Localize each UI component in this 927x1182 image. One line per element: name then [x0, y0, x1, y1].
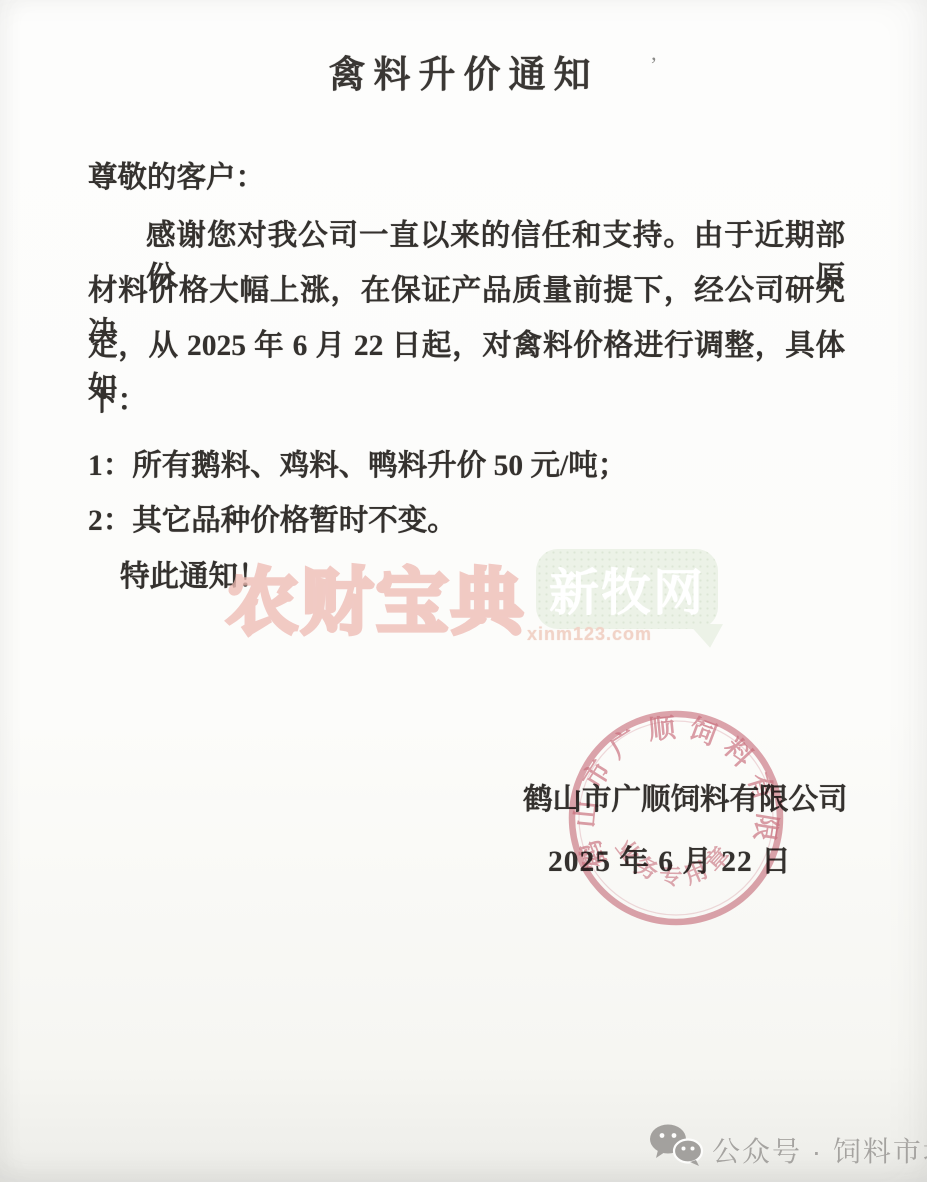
list-item-2: 2：其它品种价格暂时不变。	[88, 497, 457, 539]
wechat-icon	[648, 1122, 704, 1166]
watermark-url: xinm123.com	[527, 624, 652, 645]
watermark-xinmu-logo: 新牧网	[536, 549, 718, 629]
page-title: 禽料升价通知	[0, 44, 927, 98]
watermark-nongcai-baodian: 农财宝典	[226, 544, 526, 648]
watermark-xinmu-text: 新牧网	[549, 553, 705, 625]
footer-public-account-label: 公众号 · 饲料市场	[712, 1130, 927, 1170]
scan-speck: ’	[650, 52, 657, 78]
salutation: 尊敬的客户：	[88, 154, 265, 196]
company-seal-stamp: 鹤山市广顺饲料有限公司 业务专用章	[560, 702, 792, 934]
scanned-notice-page: 禽料升价通知 ’ 尊敬的客户： 感谢您对我公司一直以来的信任和支持。由于近期部份…	[0, 0, 927, 1182]
watermark-bubble-tail	[689, 620, 726, 649]
seal-bottom-text: 业务专用章	[611, 835, 739, 890]
seal-ring-text: 鹤山市广顺饲料有限公司	[560, 702, 783, 874]
list-item-1: 1：所有鹅料、鸡料、鸭料升价 50 元/吨；	[88, 442, 627, 484]
paragraph-line-4: 下：	[88, 377, 845, 419]
